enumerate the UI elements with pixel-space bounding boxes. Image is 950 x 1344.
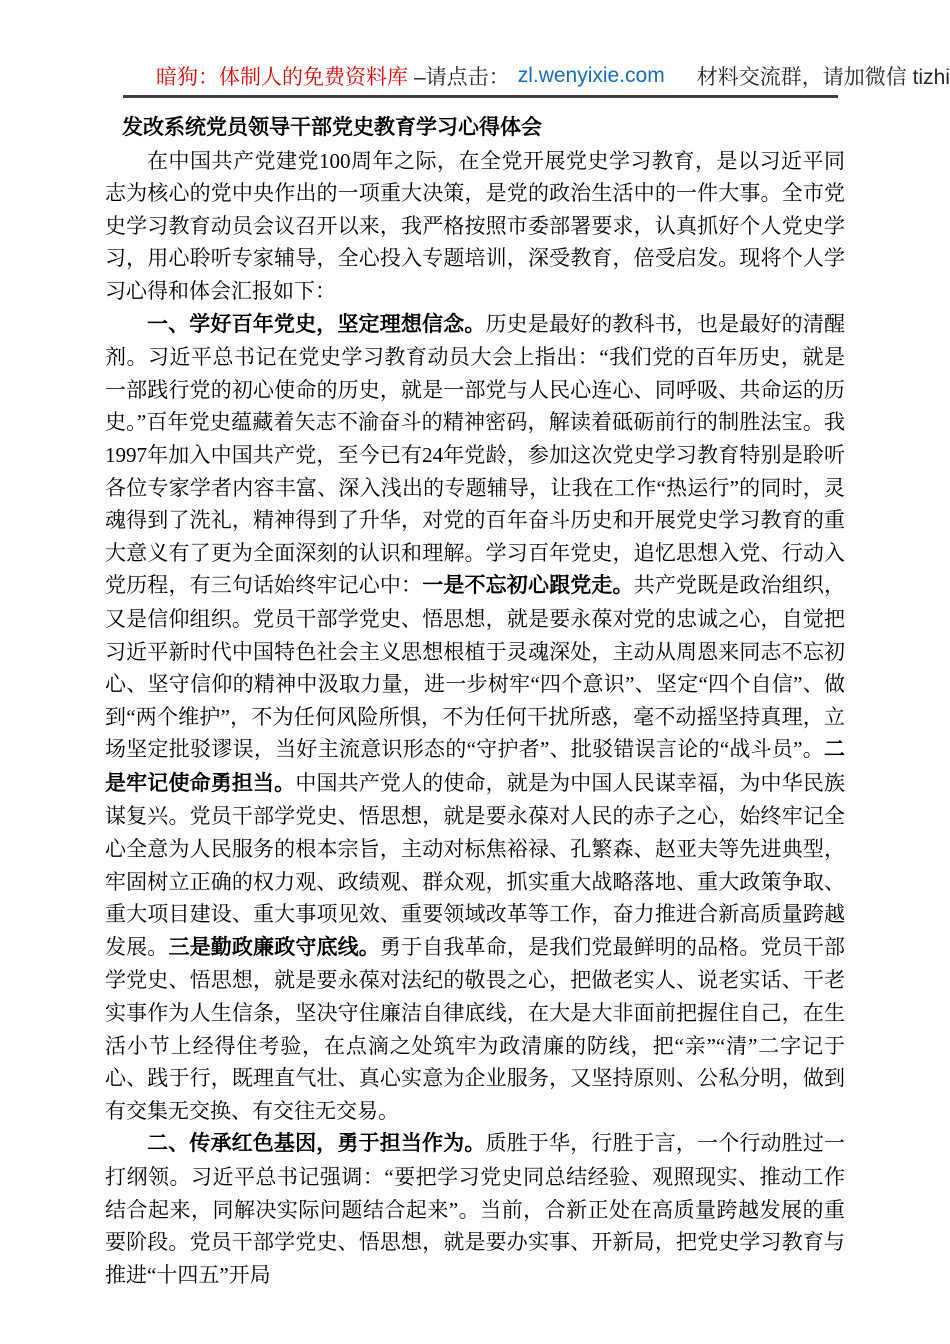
document-paragraph: 在中国共产党建党100周年之际，在全党开展党史学习教育，是以习近平同志为核心的党… xyxy=(105,145,845,308)
text-run: 共产党既是政治组织，又是信仰组织。党员干部学党史、悟思想，就是要永葆对党的忠诚之… xyxy=(105,573,845,761)
document-page: { "header": { "promo_red": "暗狗：体制人的免费资料库… xyxy=(0,0,950,1344)
bold-heading-run: 一、学好百年党史，坚定理想信念。 xyxy=(147,313,486,336)
paragraphs-container: 在中国共产党建党100周年之际，在全党开展党史学习教育，是以习近平同志为核心的党… xyxy=(105,145,845,1292)
bold-heading-run: 二、传承红色基因，勇于担当作为。 xyxy=(147,1132,486,1155)
text-run: 历史是最好的教科书，也是最好的清醒剂。习近平总书记在党史学习教育动员大会上指出：… xyxy=(105,312,845,598)
promo-right-text: 材料交流群，请加微信 tizhisiri xyxy=(697,61,950,91)
document-body: 发改系统党员领导干部党史教育学习心得体会 在中国共产党建党100周年之际，在全党… xyxy=(105,112,845,1291)
promo-click-text: –请点击： xyxy=(414,61,510,91)
text-run: 在中国共产党建党100周年之际，在全党开展党史学习教育，是以习近平同志为核心的党… xyxy=(105,149,845,303)
document-paragraph: 二、传承红色基因，勇于担当作为。质胜于华，行胜于言，一个行动胜过一打纲领。习近平… xyxy=(105,1127,845,1291)
text-run: 勇于自我革命，是我们党最鲜明的品格。党员干部学党史、悟思想，就是要永葆对法纪的敬… xyxy=(105,935,845,1123)
promo-header: 暗狗：体制人的免费资料库 –请点击： zl.wenyixie.com 材料交流群… xyxy=(123,57,838,98)
page-title: 发改系统党员领导干部党史教育学习心得体会 xyxy=(105,112,845,145)
bold-heading-run: 一是不忘初心跟党走。 xyxy=(422,574,633,597)
document-paragraph: 一、学好百年党史，坚定理想信念。历史是最好的教科书，也是最好的清醒剂。习近平总书… xyxy=(105,308,845,1128)
text-run: 中国共产党人的使命，就是为中国人民谋幸福，为中华民族谋复兴。党员干部学党史、悟思… xyxy=(105,771,845,959)
promo-link[interactable]: zl.wenyixie.com xyxy=(518,64,665,88)
promo-red-text: 暗狗：体制人的免费资料库 xyxy=(156,61,408,91)
bold-heading-run: 三是勤政廉政守底线。 xyxy=(168,936,379,959)
